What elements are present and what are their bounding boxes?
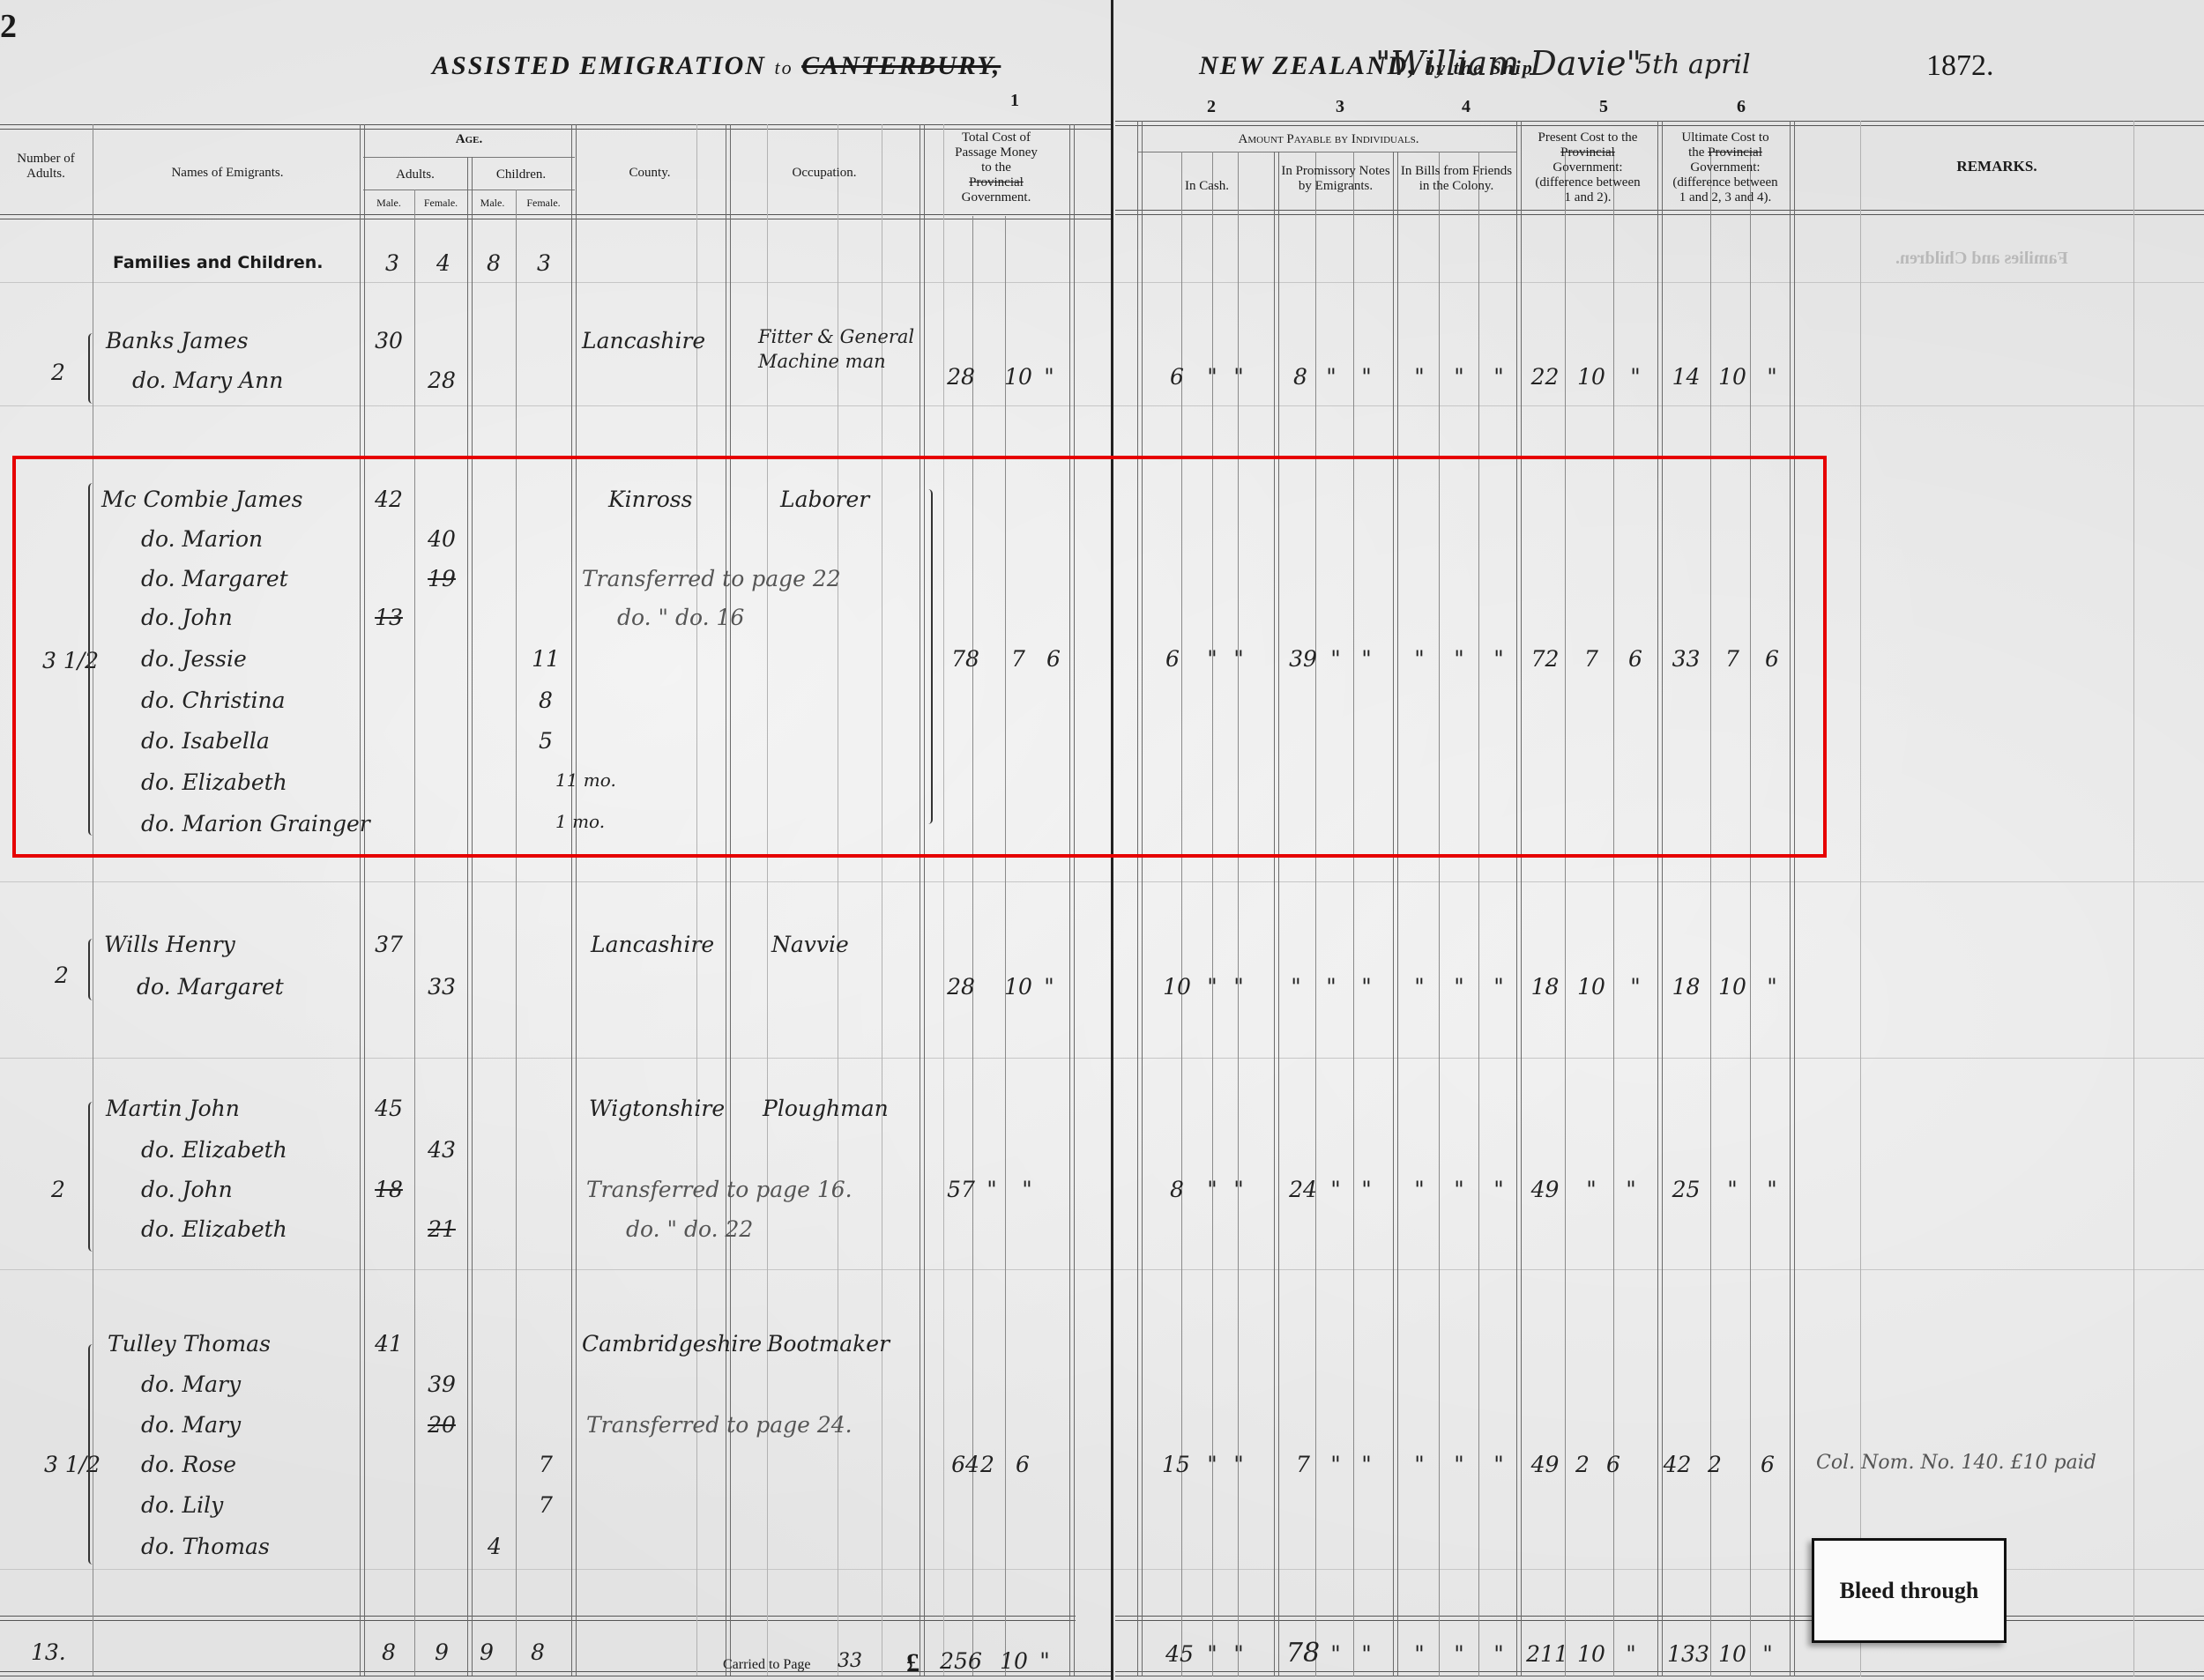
header-promissory: In Promissory Notes by Emigrants. <box>1278 164 1393 194</box>
emigrant-name: Wills Henry <box>104 932 235 957</box>
bills-pounds: " <box>1411 364 1428 390</box>
total-pence: " <box>1031 364 1067 390</box>
col-number-3: 3 <box>1336 97 1344 117</box>
ultimate-pounds: 14 <box>1666 364 1706 390</box>
total-ultimate-shillings: 10 <box>1715 1641 1750 1667</box>
emigrant-name: Banks James <box>106 328 249 353</box>
promissory-pence: " <box>1358 974 1375 1000</box>
emigrant-name: do. Elizabeth <box>141 1216 287 1242</box>
family-adults-count: 2 <box>51 360 65 385</box>
age-adult-female: 33 <box>416 974 467 1000</box>
carried-to-page-number: 33 <box>838 1650 862 1672</box>
present-shillings: 10 <box>1574 974 1609 1000</box>
ultimate-shillings: 2 <box>1701 1452 1728 1477</box>
age-child-female: 7 <box>520 1452 571 1477</box>
section-child-female: 3 <box>522 250 566 276</box>
county: Lancashire <box>591 932 714 957</box>
total-ultimate-pence: " <box>1754 1641 1781 1667</box>
emigrant-name: do. Mary Ann <box>132 368 283 393</box>
ultimate-pounds: 25 <box>1666 1177 1706 1202</box>
cash-pounds: 10 <box>1159 974 1195 1000</box>
total-shillings: " <box>979 1177 1005 1202</box>
transfer-note: do. " do. 22 <box>626 1216 753 1242</box>
col-number-1: 1 <box>1010 91 1019 111</box>
age-adult-male: 30 <box>363 328 414 353</box>
emigrant-name: do. Lily <box>141 1492 223 1518</box>
promissory-pounds: " <box>1287 974 1305 1000</box>
carried-to-page-label: Carried to Page <box>723 1657 811 1673</box>
total-child-male: 9 <box>469 1639 504 1665</box>
age-adult-female: 39 <box>416 1372 467 1397</box>
age-adult-female: 28 <box>416 368 467 393</box>
ultimate-shillings: 10 <box>1715 364 1750 390</box>
emigrant-name: do. Mary <box>141 1412 241 1438</box>
promissory-pounds: 24 <box>1285 1177 1321 1202</box>
col-number-2: 2 <box>1207 97 1216 117</box>
section-adult-female: 4 <box>421 250 465 276</box>
bills-pence: " <box>1490 1177 1508 1202</box>
cash-pounds: 6 <box>1159 364 1195 390</box>
present-shillings: " <box>1578 1177 1605 1202</box>
bills-shillings: " <box>1450 1177 1468 1202</box>
remarks-note: Col. Nom. No. 140. £10 paid <box>1816 1452 2096 1474</box>
cash-pence: " <box>1230 1452 1247 1477</box>
header-child-female: Female. <box>516 196 571 211</box>
bills-pence: " <box>1490 364 1508 390</box>
total-cash-pounds: 45 <box>1162 1641 1197 1667</box>
present-shillings: 10 <box>1574 364 1609 390</box>
header-children: Children. <box>469 167 573 182</box>
bills-pounds: " <box>1411 1452 1428 1477</box>
ultimate-shillings: " <box>1715 1177 1750 1202</box>
age-child-female: 7 <box>520 1492 571 1518</box>
cash-shillings: " <box>1203 364 1221 390</box>
total-adult-female: 9 <box>416 1639 467 1665</box>
bills-shillings: " <box>1450 364 1468 390</box>
emigrant-name: Tulley Thomas <box>108 1331 271 1357</box>
promissory-shillings: " <box>1327 1452 1344 1477</box>
header-county: County. <box>575 166 725 181</box>
occupation: Navvie <box>771 932 849 957</box>
total-bills-shillings: " <box>1450 1641 1468 1667</box>
header-adults: Adults. <box>363 167 467 182</box>
emigrant-name: do. Mary <box>141 1372 241 1397</box>
present-pounds: 49 <box>1525 1452 1565 1477</box>
ultimate-pounds: 18 <box>1666 974 1706 1000</box>
header-names: Names of Emigrants. <box>95 166 360 181</box>
header-remarks: REMARKS. <box>1860 159 2133 174</box>
total-present-pounds: 211 <box>1525 1641 1569 1667</box>
promissory-pence: " <box>1358 1452 1375 1477</box>
promissory-shillings: " <box>1322 974 1340 1000</box>
cash-pence: " <box>1230 364 1247 390</box>
ultimate-pence: " <box>1754 364 1790 390</box>
total-pence: " <box>1014 1177 1040 1202</box>
emigrant-name: do. Rose <box>141 1452 236 1477</box>
col-number-5: 5 <box>1599 97 1608 117</box>
total-cash-pence: " <box>1230 1641 1247 1667</box>
grand-total-pence: " <box>1031 1648 1058 1674</box>
total-shillings: 10 <box>1001 364 1036 390</box>
promissory-pounds: 7 <box>1294 1452 1312 1477</box>
total-shillings: 2 <box>974 1452 1001 1477</box>
total-promissory-pounds: 78 <box>1285 1638 1321 1669</box>
age-adult-male: 37 <box>363 932 414 957</box>
promissory-shillings: " <box>1322 364 1340 390</box>
title-left: ASSISTED EMIGRATION to CANTERBURY, <box>432 51 1001 81</box>
total-ultimate-pounds: 133 <box>1666 1641 1710 1667</box>
ultimate-pounds: 42 <box>1657 1452 1697 1477</box>
ultimate-shillings: 10 <box>1715 974 1750 1000</box>
occupation: Bootmaker <box>767 1331 890 1357</box>
section-adult-male: 3 <box>370 250 414 276</box>
cash-pence: " <box>1230 974 1247 1000</box>
ultimate-pence: " <box>1754 1177 1790 1202</box>
header-number-of-adults: Number of Adults. <box>2 152 90 182</box>
age-adult-male: 41 <box>363 1331 414 1357</box>
ultimate-pence: 6 <box>1754 1452 1781 1477</box>
present-shillings: 2 <box>1569 1452 1596 1477</box>
present-pence: " <box>1618 1177 1644 1202</box>
header-present-cost: Present Cost to the Provincial Governmen… <box>1518 130 1657 205</box>
header-total-cost: Total Cost of Passage Money to the Provi… <box>922 130 1070 205</box>
family-adults-count: 2 <box>51 1177 65 1202</box>
promissory-pounds: 8 <box>1283 364 1318 390</box>
emigrant-name: do. Thomas <box>141 1534 270 1559</box>
ship-name: "William Davie" <box>1375 44 1642 83</box>
present-pounds: 49 <box>1525 1177 1565 1202</box>
bleed-through-ghost-text: Families and Children. <box>1895 249 2068 269</box>
page-number: 2 <box>0 7 17 46</box>
header-age: Age. <box>363 132 575 147</box>
promissory-pence: " <box>1358 1177 1375 1202</box>
age-adult-female-struck: 21 <box>416 1216 467 1242</box>
occupation: Fitter & General Machine man <box>758 324 917 374</box>
bills-pounds: " <box>1411 1177 1428 1202</box>
total-shillings: 10 <box>1001 974 1036 1000</box>
bills-shillings: " <box>1450 1452 1468 1477</box>
cash-pounds: 8 <box>1164 1177 1190 1202</box>
total-pounds: 28 <box>943 974 979 1000</box>
total-pounds: 57 <box>943 1177 979 1202</box>
cash-shillings: " <box>1203 1177 1221 1202</box>
county: Wigtonshire <box>589 1096 725 1121</box>
total-adult-male: 8 <box>363 1639 414 1665</box>
cash-shillings: " <box>1203 974 1221 1000</box>
header-bills: In Bills from Friends in the Colony. <box>1396 164 1516 194</box>
present-pence: 6 <box>1600 1452 1627 1477</box>
promissory-pence: " <box>1358 364 1375 390</box>
section-title: Families and Children. <box>113 253 324 272</box>
total-pence: 6 <box>1009 1452 1036 1477</box>
total-pounds: 28 <box>943 364 979 390</box>
header-child-male: Male. <box>469 196 516 211</box>
age-adult-male-struck: 18 <box>363 1177 414 1202</box>
total-adults: 13. <box>31 1639 66 1665</box>
header-in-cash: In Cash. <box>1141 179 1273 194</box>
pound-sign: £ <box>906 1648 920 1678</box>
present-pounds: 22 <box>1525 364 1565 390</box>
present-pounds: 18 <box>1525 974 1565 1000</box>
emigrant-name: do. Margaret <box>137 974 284 1000</box>
header-adult-male: Male. <box>363 196 414 211</box>
age-adult-male: 45 <box>363 1096 414 1121</box>
voyage-year: 1872. <box>1926 49 1994 83</box>
grand-total-shillings: 10 <box>996 1648 1031 1674</box>
header-occupation: Occupation. <box>728 166 920 181</box>
age-adult-female-struck: 20 <box>416 1412 467 1438</box>
header-amount-payable: Amount Payable by Individuals. <box>1141 132 1516 147</box>
total-bills-pence: " <box>1490 1641 1508 1667</box>
cash-pounds: 15 <box>1162 1452 1188 1477</box>
total-promissory-shillings: " <box>1327 1641 1344 1667</box>
bleed-through-label: Bleed through <box>1812 1538 2007 1643</box>
total-promissory-pence: " <box>1358 1641 1375 1667</box>
col-number-4: 4 <box>1462 97 1471 117</box>
header-ultimate-cost: Ultimate Cost to the Provincial Governme… <box>1659 130 1791 205</box>
present-pence: " <box>1618 974 1653 1000</box>
bills-shillings: " <box>1450 974 1468 1000</box>
cash-shillings: " <box>1203 1452 1221 1477</box>
grand-total-pounds: 256 <box>939 1648 983 1674</box>
family-adults-count: 2 <box>55 963 69 988</box>
total-pence: " <box>1031 974 1067 1000</box>
total-bills-pounds: " <box>1411 1641 1428 1667</box>
total-cash-shillings: " <box>1203 1641 1221 1667</box>
bills-pounds: " <box>1411 974 1428 1000</box>
emigrant-name: do. John <box>141 1177 233 1202</box>
transfer-note: Transferred to page 16. <box>586 1177 853 1202</box>
occupation: Ploughman <box>763 1096 889 1121</box>
emigrant-name: do. Elizabeth <box>141 1137 287 1163</box>
section-child-male: 8 <box>472 250 516 276</box>
age-adult-female: 43 <box>416 1137 467 1163</box>
total-present-pence: " <box>1618 1641 1644 1667</box>
county: Lancashire <box>582 328 705 353</box>
promissory-shillings: " <box>1327 1177 1344 1202</box>
voyage-date: 5th april <box>1635 49 1751 80</box>
cash-pence: " <box>1230 1177 1247 1202</box>
total-child-female: 8 <box>520 1639 555 1665</box>
county: Cambridgeshire <box>582 1331 762 1357</box>
age-child-male: 4 <box>469 1534 520 1559</box>
bills-pence: " <box>1490 974 1508 1000</box>
bills-pence: " <box>1490 1452 1508 1477</box>
transfer-note: Transferred to page 24. <box>586 1412 853 1438</box>
col-number-6: 6 <box>1737 97 1746 117</box>
highlight-box <box>12 456 1827 858</box>
emigrant-name: Martin John <box>106 1096 240 1121</box>
total-present-shillings: 10 <box>1574 1641 1609 1667</box>
present-pence: " <box>1618 364 1653 390</box>
ultimate-pence: " <box>1754 974 1790 1000</box>
header-adult-female: Female. <box>414 196 467 211</box>
